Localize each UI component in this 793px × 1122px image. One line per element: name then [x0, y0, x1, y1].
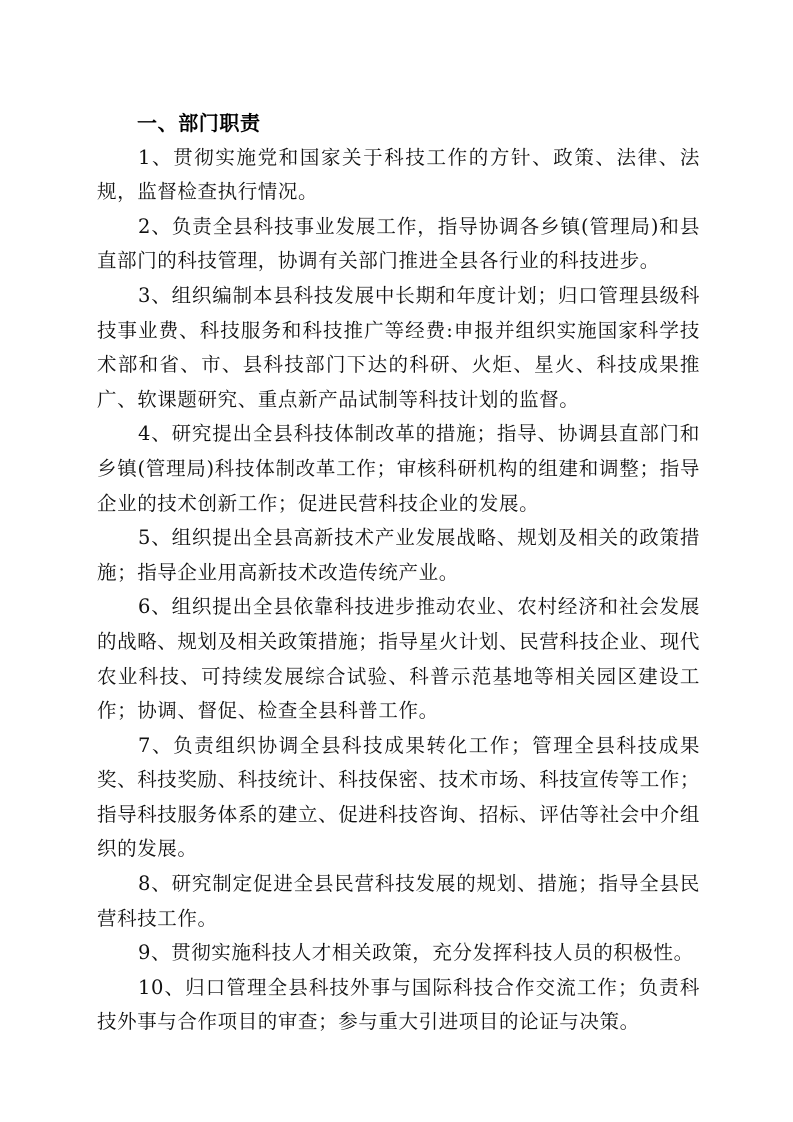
duty-paragraph-5: 5、组织提出全县高新技术产业发展战略、规划及相关的政策措施；指导企业用高新技术改… — [97, 521, 700, 590]
duty-paragraph-6: 6、组织提出全县依靠科技进步推动农业、农村经济和社会发展的战略、规划及相关政策措… — [97, 590, 700, 728]
duty-paragraph-8: 8、研究制定促进全县民营科技发展的规划、措施；指导全县民营科技工作。 — [97, 867, 700, 936]
document-page: 一、部门职责 1、贯彻实施党和国家关于科技工作的方针、政策、法律、法规，监督检查… — [97, 106, 700, 1040]
duty-paragraph-4: 4、研究提出全县科技体制改革的措施；指导、协调县直部门和乡镇(管理局)科技体制改… — [97, 417, 700, 521]
duty-paragraph-2: 2、负责全县科技事业发展工作，指导协调各乡镇(管理局)和县直部门的科技管理，协调… — [97, 210, 700, 279]
section-heading: 一、部门职责 — [97, 106, 700, 141]
duty-paragraph-10: 10、归口管理全县科技外事与国际科技合作交流工作；负责科技外事与合作项目的审查；… — [97, 971, 700, 1040]
duty-paragraph-7: 7、负责组织协调全县科技成果转化工作；管理全县科技成果奖、科技奖励、科技统计、科… — [97, 729, 700, 867]
duty-paragraph-1: 1、贯彻实施党和国家关于科技工作的方针、政策、法律、法规，监督检查执行情况。 — [97, 141, 700, 210]
duty-paragraph-9: 9、贯彻实施科技人才相关政策，充分发挥科技人员的积极性。 — [97, 936, 700, 971]
duty-paragraph-3: 3、组织编制本县科技发展中长期和年度计划；归口管理县级科技事业费、科技服务和科技… — [97, 279, 700, 417]
